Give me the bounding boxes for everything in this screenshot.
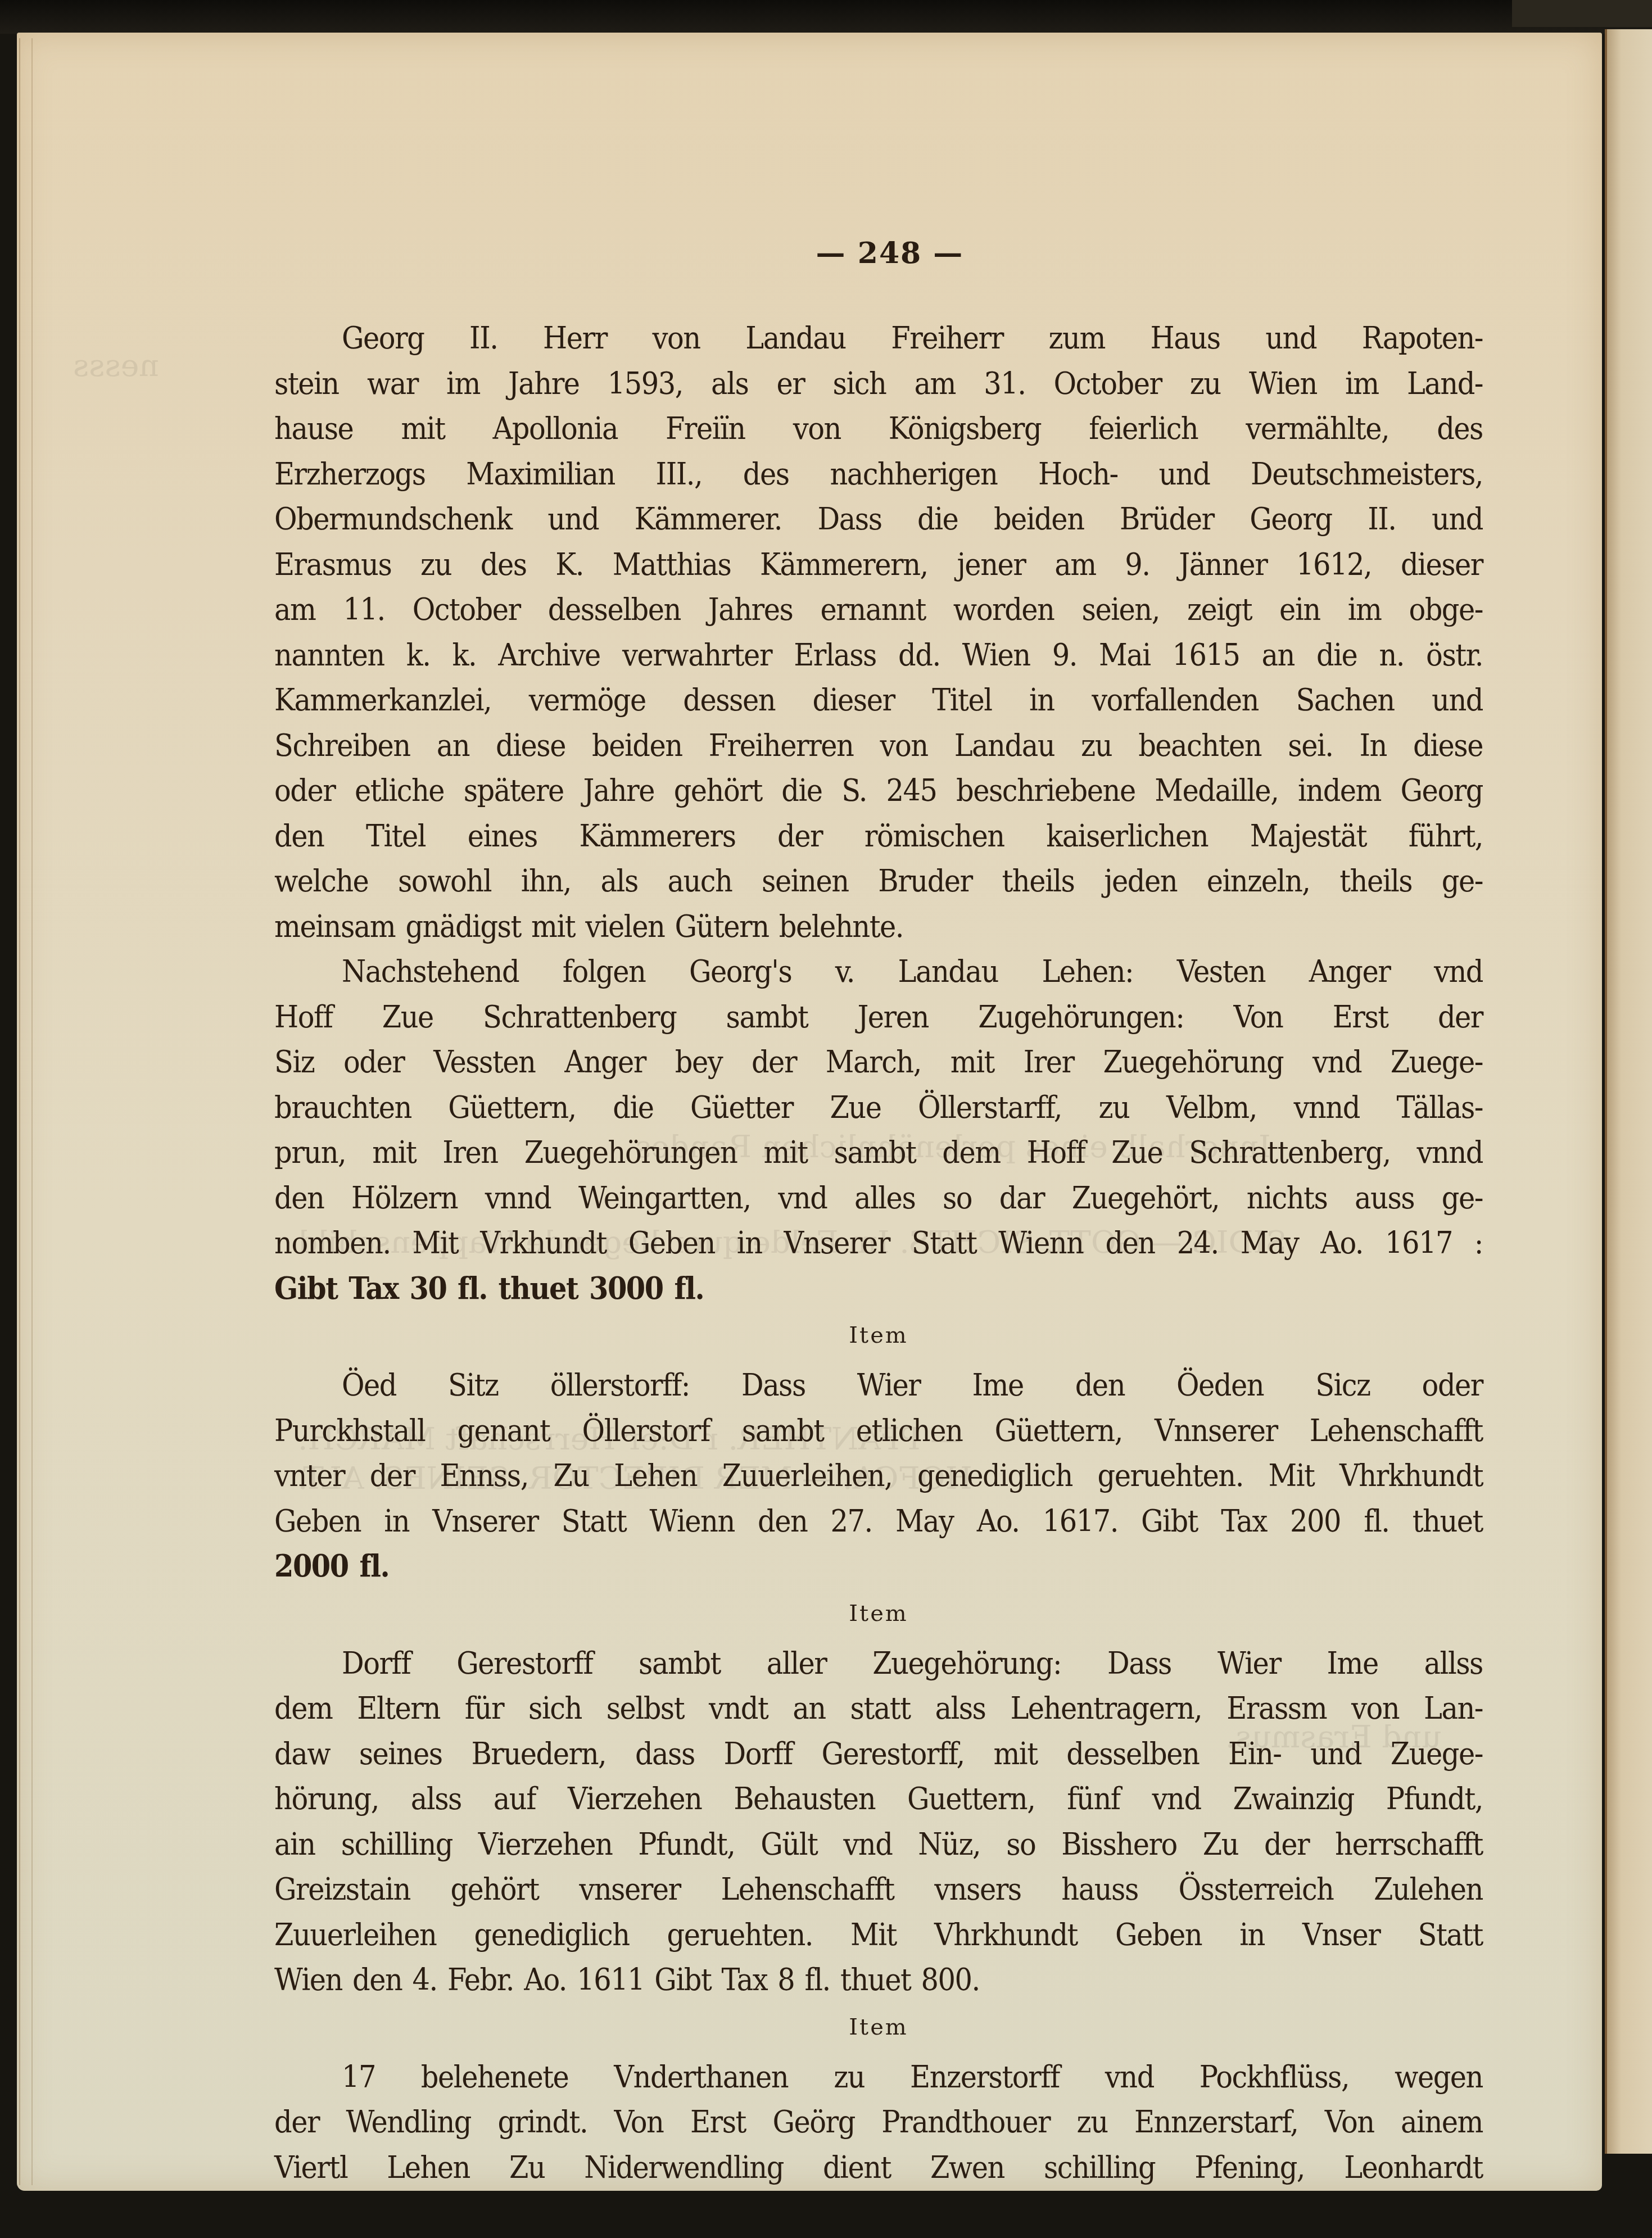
text-line: nomben. Mit Vrkhundt Geben in Vnserer St…	[274, 1220, 1483, 1266]
text-line: Erasmus zu des K. Matthias Kämmerern, je…	[274, 542, 1483, 587]
text-line: dem Eltern für sich selbst vndt an statt…	[274, 1686, 1483, 1731]
text-line: Nachstehend folgen Georg's v. Landau Leh…	[274, 949, 1483, 994]
text-line: welche sowohl ihn, als auch seinen Brude…	[274, 858, 1483, 904]
text-line: Obermundschenk und Kämmerer. Dass die be…	[274, 496, 1483, 542]
text-line: stein war im Jahre 1593, als er sich am …	[274, 361, 1483, 406]
paragraph-lehen-anger: Nachstehend folgen Georg's v. Landau Leh…	[274, 949, 1483, 1311]
page-text: — 248 — Georg II. Herr von Landau Freihe…	[274, 236, 1483, 2190]
text-line: 17 belehenete Vnderthanen zu Enzerstorff…	[274, 2054, 1483, 2100]
page-number: — 248 —	[297, 236, 1483, 270]
text-line: Hoff Zue Schrattenberg sambt Jeren Zugeh…	[274, 994, 1483, 1040]
text-line: meinsam gnädigst mit vielen Gütern beleh…	[274, 904, 1483, 949]
text-line: daw seines Bruedern, dass Dorff Gerestor…	[274, 1731, 1483, 1777]
text-line: brauchten Güettern, die Güetter Zue Ölle…	[274, 1085, 1483, 1130]
text-line: am 11. October desselben Jahres ernannt …	[274, 587, 1483, 632]
book-spine	[1512, 0, 1652, 27]
text-line: nannten k. k. Archive verwahrter Erlass …	[274, 632, 1483, 678]
text-line: vnter der Ennss, Zu Lehen Zuuerleihen, g…	[274, 1453, 1483, 1498]
item-heading: Item	[274, 1319, 1483, 1352]
text-line: hörung, alss auf Vierzehen Behausten Gue…	[274, 1776, 1483, 1822]
paragraph-georg-intro: Georg II. Herr von Landau Freiherr zum H…	[274, 315, 1483, 949]
text-line: den Titel eines Kämmerers der römischen …	[274, 813, 1483, 859]
paragraph-dorff-gerestorff: Dorff Gerestorff sambt aller Zuegehörung…	[274, 1641, 1483, 2003]
text-line: prun, mit Iren Zuegehörungen mit sambt d…	[274, 1130, 1483, 1175]
paragraph-oed-sitz: Öed Sitz öllerstorff: Dass Wier Ime den …	[274, 1362, 1483, 1589]
text-line: Gibt Tax 30 fl. thuet 3000 fl.	[274, 1266, 1483, 1311]
text-line: den Hölzern vnnd Weingartten, vnd alles …	[274, 1175, 1483, 1221]
text-line: Kammerkanzlei, vermöge dessen dieser Tit…	[274, 677, 1483, 723]
text-line: Zuuerleihen genediglich geruehten. Mit V…	[274, 1912, 1483, 1958]
text-line: Viertl Lehen Zu Niderwendling dient Zwen…	[274, 2145, 1483, 2190]
text-line: Schreiben an diese beiden Freiherren von…	[274, 723, 1483, 768]
text-line: Erzherzogs Maximilian III., des nachheri…	[274, 451, 1483, 497]
text-line: hause mit Apollonia Freiïn von Königsber…	[274, 406, 1483, 451]
text-line: ain schilling Vierzehen Pfundt, Gült vnd…	[274, 1822, 1483, 1867]
paragraph-enzerstorff: 17 belehenete Vnderthanen zu Enzerstorff…	[274, 2054, 1483, 2190]
text-line: Wien den 4. Febr. Ao. 1611 Gibt Tax 8 fl…	[274, 1957, 1483, 2003]
scan-backdrop	[0, 0, 1652, 34]
text-line: Geben in Vnserer Statt Wienn den 27. May…	[274, 1498, 1483, 1544]
text-line: 2000 fl.	[274, 1543, 1483, 1589]
text-line: Dorff Gerestorff sambt aller Zuegehörung…	[274, 1641, 1483, 1686]
adjacent-page-edge	[1605, 29, 1652, 2154]
text-line: der Wendling grindt. Von Erst Geörg Pran…	[274, 2099, 1483, 2145]
text-line: Öed Sitz öllerstorff: Dass Wier Ime den …	[274, 1362, 1483, 1408]
text-line: Greizstain gehört vnserer Lehenschafft v…	[274, 1866, 1483, 1912]
text-line: Purckhstall genant Öllerstorf sambt etli…	[274, 1408, 1483, 1453]
show-through-text: nesss	[73, 347, 159, 383]
item-heading: Item	[274, 2010, 1483, 2044]
text-line: Georg II. Herr von Landau Freiherr zum H…	[274, 315, 1483, 361]
text-line: Siz oder Vessten Anger bey der March, mi…	[274, 1039, 1483, 1085]
text-line: oder etliche spätere Jahre gehört die S.…	[274, 768, 1483, 813]
item-heading: Item	[274, 1597, 1483, 1630]
